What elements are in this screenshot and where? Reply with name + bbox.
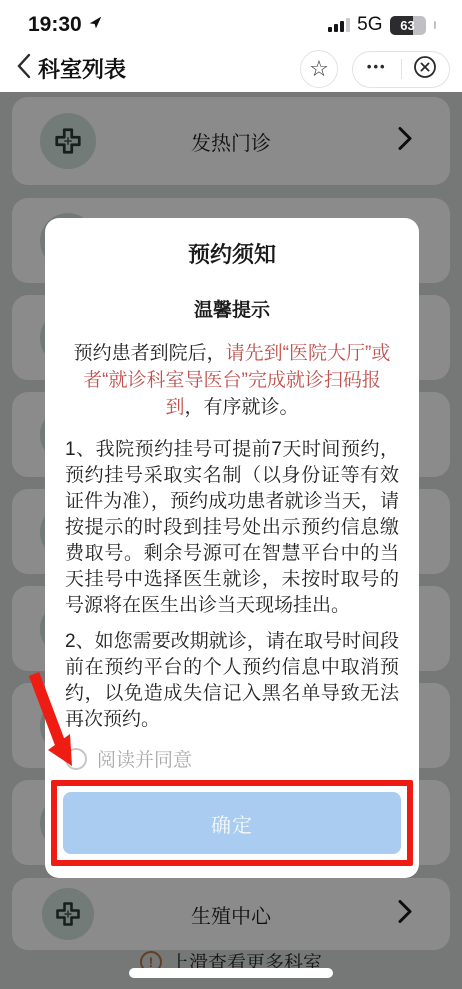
more-icon: ••• xyxy=(367,59,387,80)
rule-paragraph-2: 2、如您需要改期就诊，请在取号时间段前在预约平台的个人预约信息中取消预约，以免造… xyxy=(65,629,399,733)
agree-label: 阅读并同意 xyxy=(97,745,192,772)
signal-strength-icon xyxy=(328,18,350,32)
miniprogram-capsule: ••• xyxy=(352,51,450,88)
annotation-rectangle: 确定 xyxy=(51,780,413,866)
battery-nub xyxy=(434,21,437,29)
battery-percent: 63 xyxy=(390,16,426,35)
nav-bar: 科室列表 ☆ ••• xyxy=(0,44,462,92)
app-screen: 19:30 5G 63 科室列表 ☆ xyxy=(0,0,462,989)
network-type-label: 5G xyxy=(357,14,382,36)
checkin-notice: 预约患者到院后，请先到“医院大厅”或者“就诊科室导医台”完成就诊扫码报到，有序就… xyxy=(65,340,399,421)
annotation-arrow xyxy=(14,666,94,781)
modal-subtitle: 温馨提示 xyxy=(65,295,399,322)
close-button[interactable] xyxy=(402,52,450,87)
appointment-notice-modal: 预约须知 温馨提示 预约患者到院后，请先到“医院大厅”或者“就诊科室导医台”完成… xyxy=(45,218,419,878)
department-list: 发热门诊 生殖中心 ! 上滑查看更多科室 xyxy=(0,92,462,989)
status-time: 19:30 xyxy=(28,13,82,37)
battery-icon: 63 xyxy=(390,16,426,35)
location-arrow-icon xyxy=(88,15,103,35)
agree-row[interactable]: 阅读并同意 xyxy=(65,745,399,772)
home-indicator[interactable] xyxy=(129,968,333,978)
star-icon: ☆ xyxy=(309,56,329,82)
modal-title: 预约须知 xyxy=(65,238,399,269)
status-bar: 19:30 5G 63 xyxy=(0,0,462,44)
more-button[interactable]: ••• xyxy=(353,52,401,87)
close-icon xyxy=(413,55,437,84)
back-icon[interactable] xyxy=(16,53,32,84)
rule-paragraph-1: 1、我院预约挂号可提前7天时间预约，预约挂号采取实名制（以身份证等有效证件为准）… xyxy=(65,437,399,619)
favorite-button[interactable]: ☆ xyxy=(300,50,338,88)
confirm-button[interactable]: 确定 xyxy=(63,792,401,854)
page-title: 科室列表 xyxy=(38,53,126,84)
